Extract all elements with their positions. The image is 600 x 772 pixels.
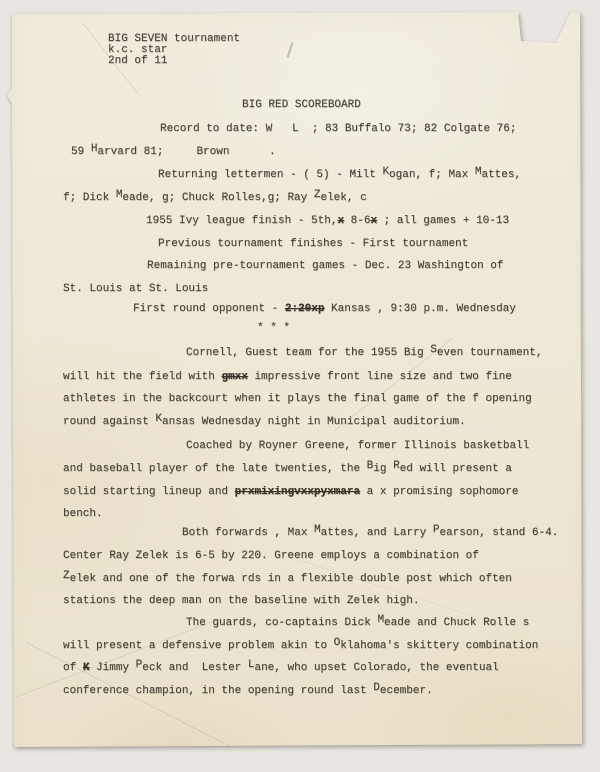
text-run: eck and Lester — [142, 662, 248, 675]
typed-line: f; Dick Meade, g; Chuck Rolles,g; Ray Ze… — [63, 192, 367, 205]
typed-line: solid starting lineup and prxmixingvxxpy… — [63, 486, 519, 499]
typed-line: 59 Harvard 81; Brown . — [71, 146, 276, 159]
text-run: and baseball player of the late twenties… — [63, 463, 367, 476]
typed-line: Record to date: W L ; 83 Buffalo 73; 82 … — [160, 123, 516, 136]
raised-letter: M — [475, 166, 482, 179]
typed-line: athletes in the backcourt when it plays … — [63, 393, 532, 406]
struck-text: K — [83, 662, 90, 675]
text-run: impressive front line size and two fine — [248, 371, 512, 384]
typed-line: Both forwards , Max Mattes, and Larry Pe… — [182, 527, 558, 540]
text-run: Kansas , 9:30 p.m. Wednesday — [324, 303, 515, 316]
scan-background: BIG SEVEN tournamentk.c. star2nd of 11BI… — [0, 0, 600, 772]
raised-letter: M — [116, 189, 123, 202]
typed-line: Center Ray Zelek is 6-5 by 220. Greene e… — [63, 550, 479, 563]
text-run: a x promising sophomore — [360, 486, 518, 499]
text-run: ed will present a — [400, 463, 512, 476]
paper-shadow: BIG SEVEN tournamentk.c. star2nd of 11BI… — [0, 0, 600, 772]
text-run: ane, who upset Colorado, the eventual — [254, 662, 498, 675]
raised-letter: O — [334, 637, 341, 650]
text-run: 2nd of 11 — [108, 55, 167, 68]
typed-line: BIG RED SCOREBOARD — [242, 99, 361, 112]
text-run: ogan, f; Max — [389, 169, 475, 182]
raised-letter: Z — [63, 570, 70, 583]
raised-letter: P — [136, 659, 143, 672]
typed-line: The guards, co-captains Dick Meade and C… — [186, 617, 529, 630]
typed-line: 2nd of 11 — [108, 55, 167, 68]
text-run: solid starting lineup and — [63, 486, 235, 499]
typed-line: conference champion, in the opening roun… — [63, 685, 433, 698]
typed-line: stations the deep man on the baseline wi… — [63, 595, 419, 608]
typed-line: Remaining pre-tournament games - Dec. 23… — [147, 260, 503, 273]
typed-line: Zelek and one of the forwa rds in a flex… — [63, 573, 512, 586]
text-run: athletes in the backcourt when it plays … — [63, 393, 532, 406]
text-run: BIG RED SCOREBOARD — [242, 99, 361, 112]
typed-line: * * * — [257, 322, 290, 335]
typed-line: round against Kansas Wednesday night in … — [63, 416, 466, 429]
struck-text: x — [370, 215, 377, 228]
paper-crease — [300, 560, 491, 623]
raised-letter: K — [155, 413, 162, 426]
text-run: arvard 81; Brown . — [97, 146, 275, 159]
text-run: ig — [373, 463, 393, 476]
text-run: will present a defensive problem akin to — [63, 640, 334, 653]
typed-line: Previous tournament finishes - First tou… — [158, 238, 468, 251]
typed-line: and baseball player of the late twenties… — [63, 463, 512, 476]
paper-sheet: BIG SEVEN tournamentk.c. star2nd of 11BI… — [0, 0, 600, 772]
raised-letter: M — [377, 614, 384, 627]
text-run: conference champion, in the opening roun… — [63, 685, 373, 698]
text-run: earson, stand 6-4. — [439, 527, 558, 540]
text-run: The guards, co-captains Dick — [186, 617, 377, 630]
text-run: St. Louis at St. Louis — [63, 283, 208, 296]
typed-line: Returning lettermen - ( 5) - Milt Kogan,… — [158, 169, 521, 182]
text-run: * * * — [257, 322, 290, 335]
text-run: 59 — [71, 146, 91, 159]
text-run: First round opponent - — [133, 303, 285, 316]
typed-line: Coached by Royner Greene, former Illinoi… — [186, 440, 529, 453]
struck-text: x — [337, 215, 344, 228]
text-run: round against — [63, 416, 155, 429]
text-run: f; Dick — [63, 192, 116, 205]
text-run: bench. — [63, 508, 103, 521]
raised-letter: B — [367, 460, 374, 473]
raised-letter: H — [91, 143, 98, 156]
text-run: ansas Wednesday night in Municipal audit… — [162, 416, 466, 429]
typed-line: St. Louis at St. Louis — [63, 283, 208, 296]
text-run: stations the deep man on the baseline wi… — [63, 595, 419, 608]
raised-letter: Z — [314, 189, 321, 202]
typed-line: First round opponent - 2:20xp Kansas , 9… — [133, 303, 516, 316]
text-run: elek, c — [320, 192, 366, 205]
struck-text: gmxx — [221, 371, 247, 384]
raised-letter: K — [382, 166, 389, 179]
text-run: Center Ray Zelek is 6-5 by 220. Greene e… — [63, 550, 479, 563]
raised-letter: P — [433, 524, 440, 537]
text-run: Coached by Royner Greene, former Illinoi… — [186, 440, 529, 453]
text-run: Record to date: W L ; 83 Buffalo 73; 82 … — [160, 123, 516, 136]
text-run: attes, and Larry — [321, 527, 433, 540]
typed-line: will hit the field with gmxx impressive … — [63, 371, 512, 384]
typed-line: will present a defensive problem akin to… — [63, 640, 538, 653]
text-run: ecember. — [380, 685, 433, 698]
raised-letter: M — [314, 524, 321, 537]
text-run: Previous tournament finishes - First tou… — [158, 238, 468, 251]
pencil-check-mark — [287, 42, 294, 58]
text-run: eade, g; Chuck Rolles,g; Ray — [122, 192, 313, 205]
struck-text: 2:20xp — [285, 303, 325, 316]
typed-line: 1955 Ivy league finish - 5th,x 8-6x ; al… — [146, 215, 509, 228]
text-run: Remaining pre-tournament games - Dec. 23… — [147, 260, 503, 273]
text-run: klahoma's skittery combination — [340, 640, 538, 653]
raised-letter: R — [393, 460, 400, 473]
text-run: Returning lettermen - ( 5) - Milt — [158, 169, 382, 182]
text-run: Both forwards , Max — [182, 527, 314, 540]
raised-letter: D — [373, 682, 380, 695]
raised-letter: S — [430, 344, 437, 357]
text-run: will hit the field with — [63, 371, 221, 384]
text-run: of — [63, 662, 83, 675]
text-run: 8-6 — [344, 215, 370, 228]
text-run: Jimmy — [89, 662, 135, 675]
text-run: even tournament, — [437, 347, 543, 360]
typed-line: bench. — [63, 508, 103, 521]
typed-line: Cornell, Guest team for the 1955 Big Sev… — [186, 347, 542, 360]
struck-text: prxmixingvxxpyxmara — [235, 486, 360, 499]
text-run: elek and one of the forwa rds in a flexi… — [70, 573, 512, 586]
text-run: eade and Chuck Rolle s — [384, 617, 529, 630]
text-run: 1955 Ivy league finish - 5th, — [146, 215, 337, 228]
text-run: ; all games + 10-13 — [377, 215, 509, 228]
text-run: Cornell, Guest team for the 1955 Big — [186, 347, 430, 360]
text-run: attes, — [481, 169, 521, 182]
raised-letter: L — [248, 659, 255, 672]
typed-line: of K Jimmy Peck and Lester Lane, who ups… — [63, 662, 499, 675]
